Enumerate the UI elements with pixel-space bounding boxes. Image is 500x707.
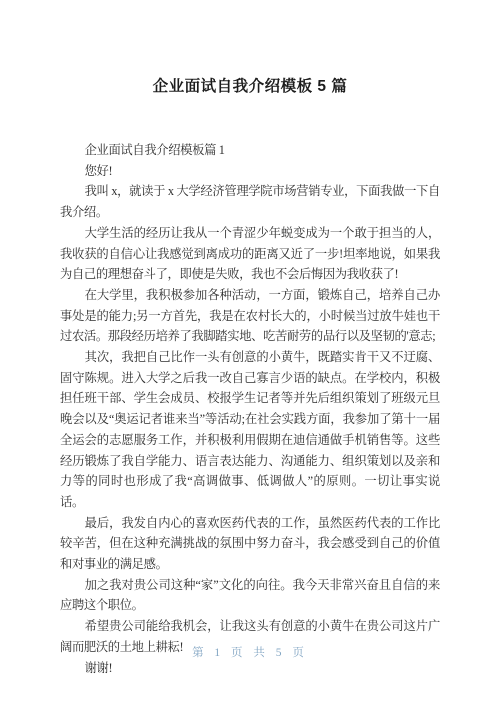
document-title: 企业面试自我介绍模板 5 篇 xyxy=(60,74,440,96)
paragraph: 在大学里，我积极参加各种活动，一方面，锻炼自己，培养自己办事处是的能力;另一方首… xyxy=(60,285,440,347)
paragraph: 最后，我发自内心的喜欢医药代表的工作，虽然医药代表的工作比较辛苦，但在这种充满挑… xyxy=(60,513,440,575)
paragraph: 您好! xyxy=(60,161,440,182)
page-footer: 第 1 页 共 5 页 xyxy=(0,643,500,661)
paragraph: 企业面试自我介绍模板篇 1 xyxy=(60,140,440,161)
document-body: 企业面试自我介绍模板篇 1您好!我叫 x，就读于 x 大学经济管理学院市场营销专… xyxy=(60,140,440,678)
pagination-text: 第 1 页 共 5 页 xyxy=(192,647,308,659)
paragraph: 其次，我把自己比作一头有创意的小黄牛，既踏实肯干又不迂腐、固守陈规。进入大学之后… xyxy=(60,347,440,513)
paragraph: 大学生活的经历让我从一个青涩少年蜕变成为一个敢于担当的人，我收获的自信心让我感觉… xyxy=(60,223,440,285)
paragraph: 我叫 x，就读于 x 大学经济管理学院市场营销专业，下面我做一下自我介绍。 xyxy=(60,181,440,222)
paragraph: 加之我对贵公司这种“家”文化的向往。我今天非常兴奋且自信的来应聘这个职位。 xyxy=(60,575,440,616)
document-page: 企业面试自我介绍模板 5 篇 企业面试自我介绍模板篇 1您好!我叫 x，就读于 … xyxy=(0,0,500,707)
